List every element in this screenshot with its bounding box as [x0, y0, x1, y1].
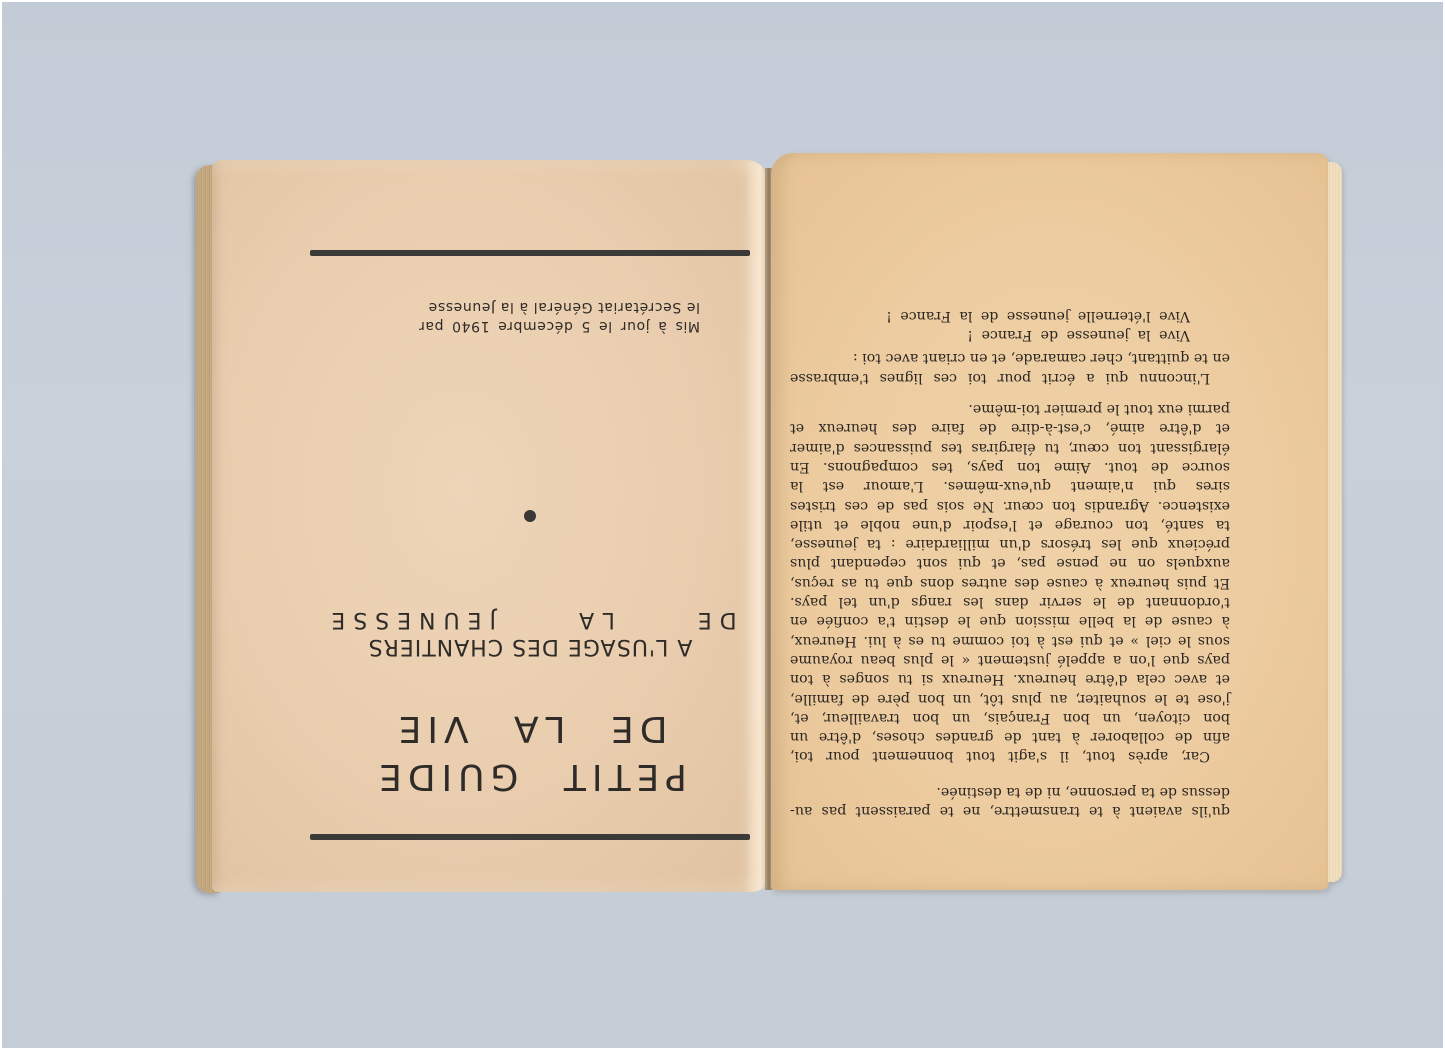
- text-line: source de tout. Aime ton pays, tes compa…: [790, 457, 1230, 476]
- text-line: dessus de ta personne, ni de ta destinée…: [790, 781, 1230, 800]
- right-page-edges: [1328, 162, 1342, 882]
- publication-note-line: Mis à jour le 5 décembre 1940 par: [360, 316, 700, 335]
- text-line: en te quittant, cher camarade, et en cri…: [790, 348, 1230, 367]
- publication-note: Mis à jour le 5 décembre 1940 par le Sec…: [360, 297, 700, 335]
- subtitle-line: A L'USAGE DES CHANTIERS: [310, 633, 750, 660]
- subtitle-block: A L'USAGE DES CHANTIERS DE LA JEUNESSE: [310, 606, 750, 660]
- text-line: qu'ils avaient à te transmettre, ne te p…: [790, 801, 1230, 820]
- paragraph: Car, après tout, il s'agit tout bonnemen…: [790, 399, 1230, 766]
- text-line: L'inconnu qui a écrit pour toi ces ligne…: [790, 367, 1230, 386]
- text-line: et d'être aimé, c'est-à-dire de faire de…: [790, 418, 1230, 437]
- title-block: PETIT GUIDE DE LA VIE: [300, 704, 760, 800]
- text-line: afin de collaborer à tant de grandes cho…: [790, 727, 1230, 746]
- closing-exclamations: Vive la jeunesse de France ! Vive l'éter…: [790, 306, 1230, 345]
- bottom-rule: [310, 250, 750, 256]
- text-line: précieux que les trésors d'un milliardai…: [790, 534, 1230, 553]
- title-line: PETIT GUIDE: [300, 752, 760, 800]
- closing-line: Vive la jeunesse de France !: [790, 325, 1230, 344]
- text-line: et avec cela d'être heureux. Heureux si …: [790, 669, 1230, 688]
- publication-note-line: le Secrétariat Général à la Jeunesse: [360, 297, 700, 316]
- text-page-content: qu'ils avaient à te transmettre, ne te p…: [790, 330, 1230, 820]
- body-text: qu'ils avaient à te transmettre, ne te p…: [790, 306, 1230, 820]
- title-page-content: PETIT GUIDE DE LA VIE A L'USAGE DES CHAN…: [300, 250, 760, 840]
- subtitle-line: DE LA JEUNESSE: [310, 606, 750, 633]
- top-rule: [310, 834, 750, 840]
- title-line: DE LA VIE: [300, 704, 760, 752]
- text-line: existence. Agrandis ton cœur. Ne sois pa…: [790, 495, 1230, 514]
- text-line: Et puis heureux à cause des autres dons …: [790, 572, 1230, 591]
- text-line: bon citoyen, un bon Français, un bon tra…: [790, 708, 1230, 727]
- text-line: sires qui n'aiment qu'eux-mêmes. L'amour…: [790, 476, 1230, 495]
- paragraph: L'inconnu qui a écrit pour toi ces ligne…: [790, 348, 1230, 387]
- paragraph: qu'ils avaient à te transmettre, ne te p…: [790, 781, 1230, 820]
- text-line: élargissant ton cœur, tu élargiras tes p…: [790, 437, 1230, 456]
- text-line: j'ose te le souhaiter, au plus tôt, un b…: [790, 688, 1230, 707]
- text-line: sous le ciel » et qui est à toi comme tu…: [790, 630, 1230, 649]
- text-line: ta santé, ton courage et l'espoir d'une …: [790, 515, 1230, 534]
- text-line: auxquels on ne pense pas, et qui sont ce…: [790, 553, 1230, 572]
- text-line: pays que l'on a appelé justement « le pl…: [790, 650, 1230, 669]
- closing-line: Vive l'éternelle jeunesse de la France !: [790, 306, 1230, 325]
- text-line: parmi eux tout le premier toi-même.: [790, 399, 1230, 418]
- text-line: Car, après tout, il s'agit tout bonnemen…: [790, 746, 1230, 765]
- text-line: à cause de la belle mission que le desti…: [790, 611, 1230, 630]
- text-line: t'ordonnant de le servir dans les rangs …: [790, 592, 1230, 611]
- bullet-ornament-icon: [524, 510, 536, 522]
